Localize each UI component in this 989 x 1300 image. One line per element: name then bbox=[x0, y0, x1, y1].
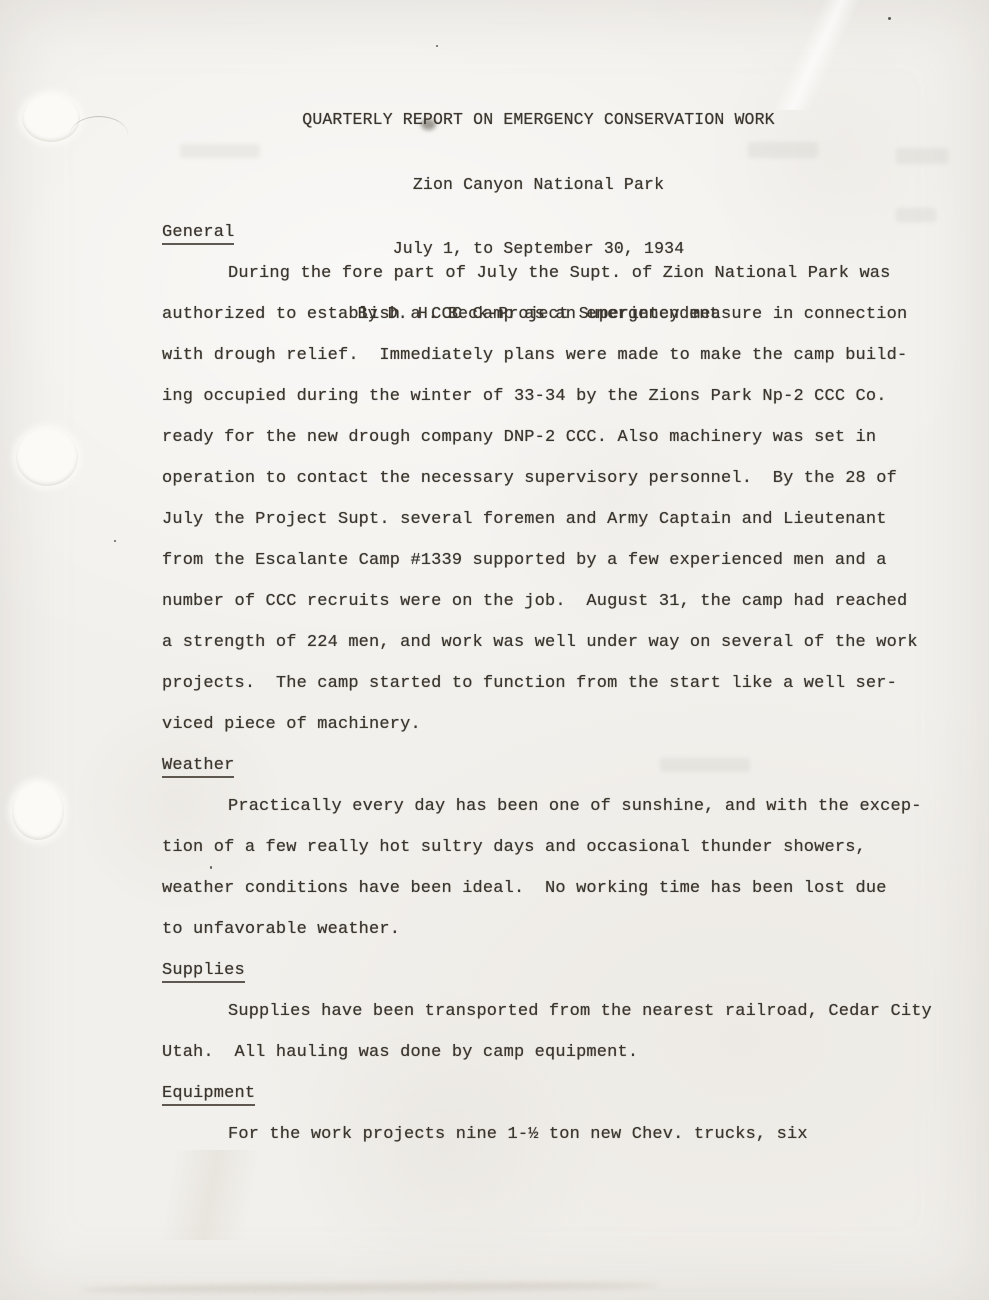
paper-crease bbox=[0, 1150, 420, 1240]
bleed-through-mark bbox=[896, 208, 936, 222]
bleed-through-mark bbox=[180, 144, 260, 158]
paper-erasure-spot bbox=[16, 428, 78, 486]
paragraph-line: During the fore part of July the Supt. o… bbox=[162, 253, 962, 294]
bleed-through-mark bbox=[660, 758, 750, 772]
paragraph-line: July the Project Supt. several foremen a… bbox=[162, 499, 962, 540]
paragraph-line: from the Escalante Camp #1339 supported … bbox=[162, 540, 962, 581]
ink-speck bbox=[888, 17, 891, 20]
section-heading-supplies: Supplies bbox=[162, 950, 962, 991]
paragraph-line: Utah. All hauling was done by camp equip… bbox=[162, 1032, 962, 1073]
section-heading-general: General bbox=[162, 212, 962, 253]
paragraph-line: to unfavorable weather. bbox=[162, 909, 962, 950]
paper-crease bbox=[80, 1281, 660, 1294]
ink-speck bbox=[436, 45, 438, 47]
paragraph-line: weather conditions have been ideal. No w… bbox=[162, 868, 962, 909]
bleed-through-mark bbox=[748, 142, 818, 158]
paragraph-line: number of CCC recruits were on the job. … bbox=[162, 581, 962, 622]
paragraph-line: Supplies have been transported from the … bbox=[162, 991, 962, 1032]
bleed-through-mark bbox=[896, 148, 948, 164]
paragraph-line: For the work projects nine 1-½ ton new C… bbox=[162, 1114, 962, 1155]
section-heading-weather: Weather bbox=[162, 745, 962, 786]
report-location: Zion Canyon National Park bbox=[88, 174, 989, 196]
paragraph-line: viced piece of machinery. bbox=[162, 704, 962, 745]
typewriter-overstrike-smudge bbox=[421, 119, 436, 130]
report-body: General During the fore part of July the… bbox=[162, 212, 962, 1155]
paragraph-line: projects. The camp started to function f… bbox=[162, 663, 962, 704]
scanned-document-page: QUARTERLY REPORT ON EMERGENCY CONSERVATI… bbox=[0, 0, 989, 1300]
paragraph-line: ready for the new drough company DNP-2 C… bbox=[162, 417, 962, 458]
paragraph-line: authorized to establish a CCC Camp as an… bbox=[162, 294, 962, 335]
ink-speck bbox=[210, 866, 212, 869]
section-heading-equipment: Equipment bbox=[162, 1073, 962, 1114]
paragraph-line: a strength of 224 men, and work was well… bbox=[162, 622, 962, 663]
paper-erasure-spot bbox=[12, 782, 64, 840]
paragraph-line: tion of a few really hot sultry days and… bbox=[162, 827, 962, 868]
paragraph-line: Practically every day has been one of su… bbox=[162, 786, 962, 827]
paragraph-line: ing occupied during the winter of 33-34 … bbox=[162, 376, 962, 417]
paragraph-line: with drough relief. Immediately plans we… bbox=[162, 335, 962, 376]
paragraph-line: operation to contact the necessary super… bbox=[162, 458, 962, 499]
ink-speck bbox=[114, 540, 116, 542]
report-title: QUARTERLY REPORT ON EMERGENCY CONSERVATI… bbox=[88, 109, 989, 131]
